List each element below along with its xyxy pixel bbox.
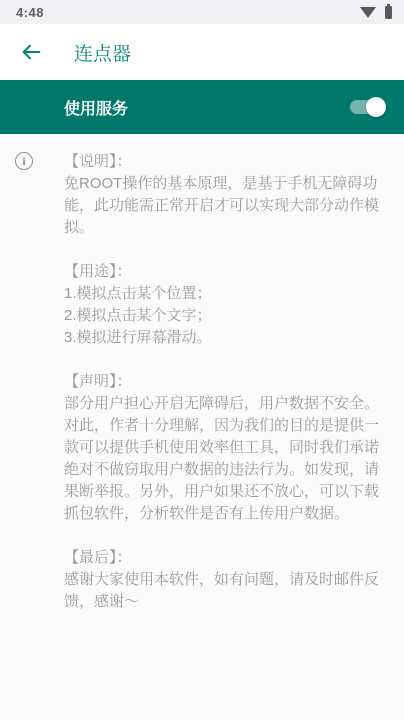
section-body: 部分用户担心开启无障碍后，用户数据不安全。对此，作者十分理解，因为我们的目的是提… — [64, 393, 390, 525]
section-heading: 【声明】： — [64, 371, 390, 393]
section-heading: 【用途】： — [64, 261, 390, 283]
description-text: 【说明】： 免ROOT操作的基本原理，是基于手机无障碍功能，此功能需正常开启才可… — [64, 151, 390, 635]
status-bar: 4:48 — [0, 0, 404, 24]
wifi-icon — [360, 7, 376, 18]
section-heading: 【说明】： — [64, 151, 390, 173]
usage-item-3: 3.模拟进行屏幕滑动。 — [64, 327, 390, 349]
battery-icon — [385, 6, 392, 19]
service-row[interactable]: 使用服务 — [0, 80, 404, 134]
arrow-left-icon — [20, 41, 42, 63]
section-heading: 【最后】： — [64, 547, 390, 569]
page-title: 连点器 — [74, 39, 131, 66]
info-icon-column: i — [0, 151, 64, 635]
service-toggle[interactable] — [348, 97, 386, 117]
section-shengming: 【声明】： 部分用户担心开启无障碍后，用户数据不安全。对此，作者十分理解，因为我… — [64, 371, 390, 525]
section-yongtu: 【用途】： 1.模拟点击某个位置； 2.模拟点击某个文字； 3.模拟进行屏幕滑动… — [64, 261, 390, 349]
section-body: 感谢大家使用本软件，如有问题，请及时邮件反馈，感谢～ — [64, 569, 390, 613]
usage-item-1: 1.模拟点击某个位置； — [64, 283, 390, 305]
service-label: 使用服务 — [64, 96, 348, 119]
usage-item-2: 2.模拟点击某个文字； — [64, 305, 390, 327]
app-bar: 连点器 — [0, 24, 404, 80]
section-shuoming: 【说明】： 免ROOT操作的基本原理，是基于手机无障碍功能，此功能需正常开启才可… — [64, 151, 390, 239]
back-button[interactable] — [18, 39, 44, 65]
description-area: i 【说明】： 免ROOT操作的基本原理，是基于手机无障碍功能，此功能需正常开启… — [0, 134, 404, 635]
info-circle-icon: i — [15, 152, 33, 170]
section-body: 免ROOT操作的基本原理，是基于手机无障碍功能，此功能需正常开启才可以实现大部分… — [64, 173, 390, 239]
status-time: 4:48 — [16, 5, 44, 20]
section-zuihou: 【最后】： 感谢大家使用本软件，如有问题，请及时邮件反馈，感谢～ — [64, 547, 390, 613]
toggle-thumb — [366, 97, 386, 117]
